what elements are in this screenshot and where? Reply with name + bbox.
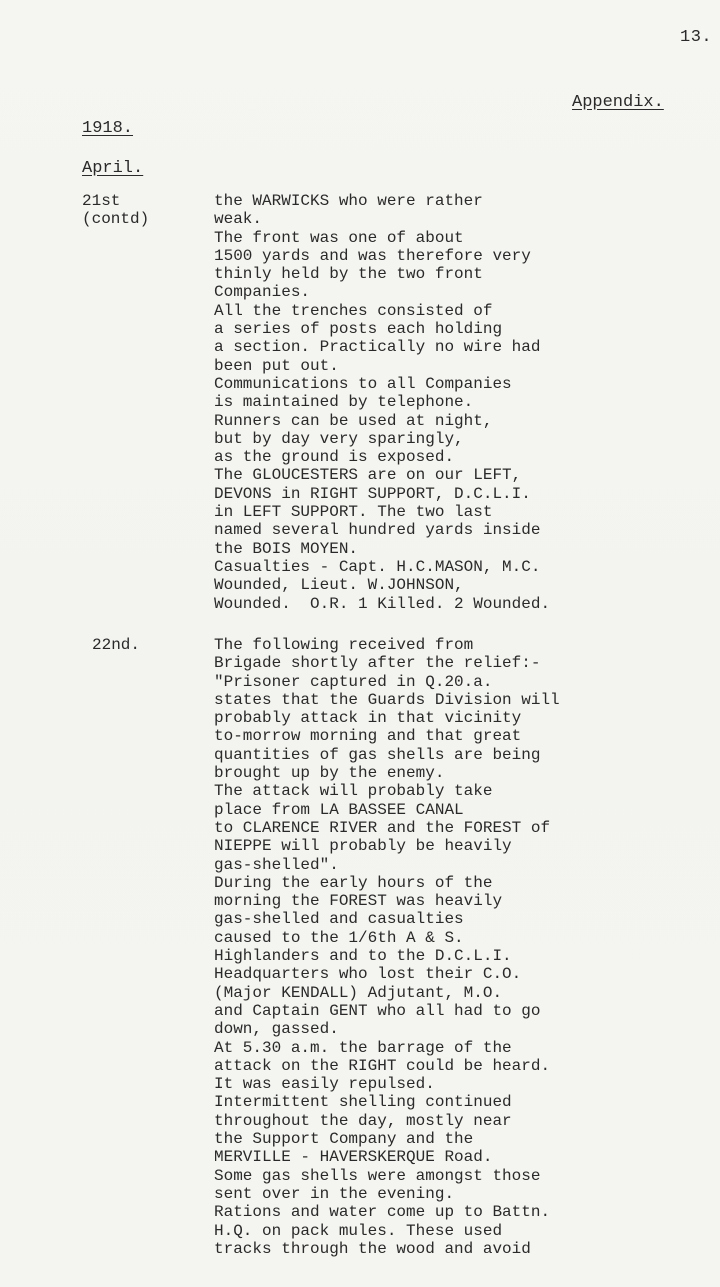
year-heading: 1918. [82,119,133,138]
text-line: Headquarters who lost their C.O. [214,965,560,983]
text-line: down, gassed. [214,1020,560,1038]
document-page: 13. Appendix. 1918. April. 21st (contd) … [0,0,720,1287]
text-line: Wounded, Lieut. W.JOHNSON, [214,576,550,594]
text-line: place from LA BASSEE CANAL [214,801,560,819]
text-line: weak. [214,210,550,228]
text-line: to-morrow morning and that great [214,727,560,745]
text-line: been put out. [214,357,550,375]
entry-date-day: 22nd. [92,636,140,654]
text-line: is maintained by telephone. [214,393,550,411]
text-line: to CLARENCE RIVER and the FOREST of [214,819,560,837]
text-line: Brigade shortly after the relief:- [214,654,560,672]
text-line: tracks through the wood and avoid [214,1240,560,1258]
text-line: MERVILLE - HAVERSKERQUE Road. [214,1148,560,1166]
text-line: DEVONS in RIGHT SUPPORT, D.C.L.I. [214,485,550,503]
text-line: sent over in the evening. [214,1185,560,1203]
text-line: caused to the 1/6th A & S. [214,929,560,947]
text-line: Wounded. O.R. 1 Killed. 2 Wounded. [214,595,550,613]
text-line: "Prisoner captured in Q.20.a. [214,673,560,691]
text-line: gas-shelled and casualties [214,910,560,928]
text-line: morning the FOREST was heavily [214,892,560,910]
text-line: the Support Company and the [214,1130,560,1148]
text-line: and Captain GENT who all had to go [214,1002,560,1020]
month-heading: April. [82,159,143,178]
text-line: 1500 yards and was therefore very [214,247,550,265]
text-line: Highlanders and to the D.C.L.I. [214,947,560,965]
text-line: All the trenches consisted of [214,302,550,320]
entry-text: the WARWICKS who were ratherweak.The fro… [214,192,550,613]
text-line: the WARWICKS who were rather [214,192,550,210]
text-line: probably attack in that vicinity [214,709,560,727]
text-line: attack on the RIGHT could be heard. [214,1057,560,1075]
text-line: The attack will probably take [214,782,560,800]
text-line: (Major KENDALL) Adjutant, M.O. [214,984,560,1002]
text-line: It was easily repulsed. [214,1075,560,1093]
text-line: as the ground is exposed. [214,448,550,466]
text-line: gas-shelled". [214,856,560,874]
text-line: At 5.30 a.m. the barrage of the [214,1039,560,1057]
text-line: The front was one of about [214,229,550,247]
text-line: Casualties - Capt. H.C.MASON, M.C. [214,558,550,576]
text-line: throughout the day, mostly near [214,1112,560,1130]
text-line: Some gas shells were amongst those [214,1167,560,1185]
text-line: states that the Guards Division will [214,691,560,709]
text-line: H.Q. on pack mules. These used [214,1222,560,1240]
text-line: a series of posts each holding [214,320,550,338]
text-line: quantities of gas shells are being [214,746,560,764]
text-line: Runners can be used at night, [214,412,550,430]
entry-date-day: 21st [82,192,120,210]
page-number: 13. [680,28,712,47]
text-line: Communications to all Companies [214,375,550,393]
text-line: but by day very sparingly, [214,430,550,448]
entry-date: 22nd. [92,636,140,654]
text-line: in LEFT SUPPORT. The two last [214,503,550,521]
text-line: named several hundred yards inside [214,521,550,539]
text-line: Companies. [214,283,550,301]
text-line: the BOIS MOYEN. [214,540,550,558]
text-line: brought up by the enemy. [214,764,560,782]
entry-date-note: (contd) [82,210,149,228]
text-line: During the early hours of the [214,874,560,892]
text-line: Rations and water come up to Battn. [214,1203,560,1221]
text-line: a section. Practically no wire had [214,338,550,356]
text-line: The GLOUCESTERS are on our LEFT, [214,466,550,484]
entry-text: The following received fromBrigade short… [214,636,560,1258]
entry-date: 21st (contd) [82,192,149,229]
text-line: The following received from [214,636,560,654]
text-line: NIEPPE will probably be heavily [214,837,560,855]
text-line: thinly held by the two front [214,265,550,283]
appendix-heading: Appendix. [572,93,664,112]
text-line: Intermittent shelling continued [214,1093,560,1111]
